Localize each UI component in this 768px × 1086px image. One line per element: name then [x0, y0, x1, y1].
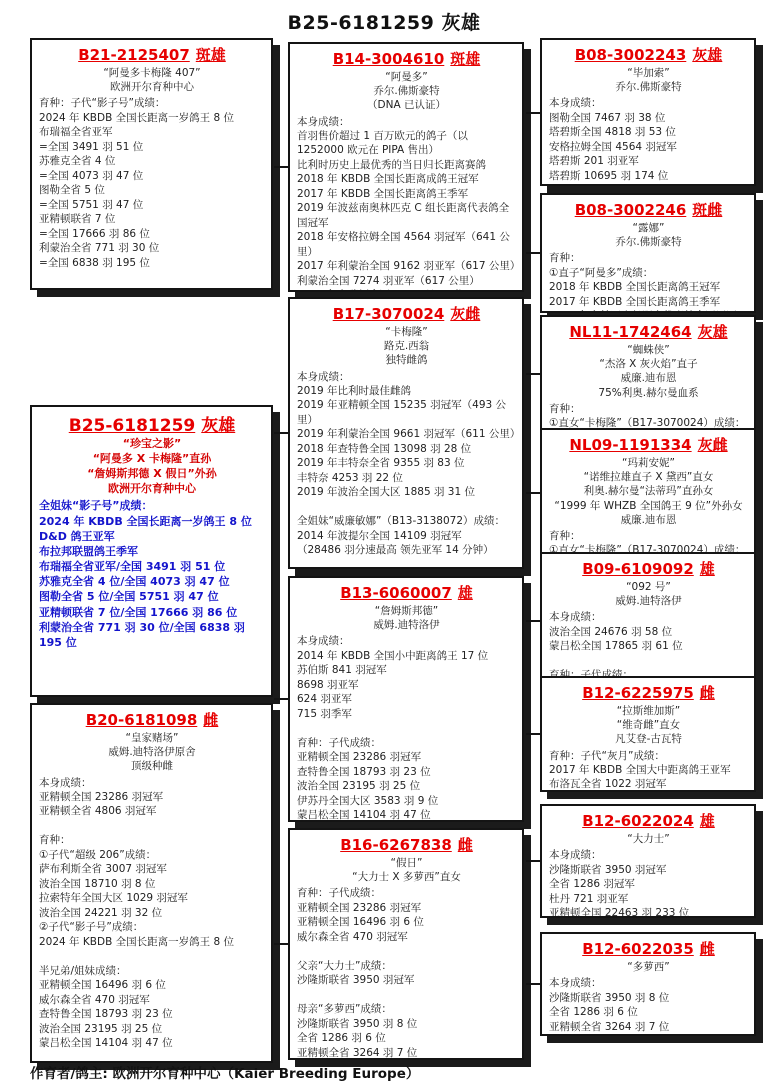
text-line: 亚精顿联省 7 位/全国 17666 羽 86 位 [39, 605, 265, 620]
ring-number-heading: B14-3004610斑雄 [297, 48, 516, 69]
text-line: 715 羽季军 [297, 707, 516, 721]
text-line: 624 羽亚军 [297, 692, 516, 706]
text-line: 2019 年奥林匹克长距离代表鸽全国冠军 [549, 309, 748, 313]
pedigree-box-granddam-maternal: B16-6267838雌 “假日”“大力士 X 多萝西”直女 育种：子代成绩：亚… [288, 828, 524, 1060]
text-line: 亚精顿全省 3264 羽 7 位 [549, 1020, 748, 1034]
pedigree-box-greatgrand-5: B09-6109092雄 “092 号”威姆.迪特洛伊 本身成绩：波治全国 24… [540, 552, 756, 690]
text-line: 本身成绩： [549, 848, 748, 862]
text-line: 塔碧斯 10695 羽 174 位 [549, 169, 748, 183]
pedigree-box-dam: B20-6181098雌 “皇家赌场”威姆.迪特洛伊原舍顶级种雌 本身成绩：亚精… [30, 703, 273, 1063]
text-line: 波治全国 23195 羽 25 位 [39, 1022, 265, 1036]
text-line [39, 949, 265, 963]
text-line: =全国 3491 羽 51 位 [39, 140, 265, 154]
text-line: 蒙吕松全国 14104 羽 47 位 [297, 808, 516, 822]
text-line: 2014 年 KBDB 全国小中距离鸽王 17 位 [297, 649, 516, 663]
text-line: “阿曼多” [297, 70, 516, 84]
text-line: =全国 6838 羽 195 位 [39, 256, 265, 270]
pedigree-box-greatgrand-1: B08-3002243灰雄 “毕加索”乔尔.佛斯豪特 本身成绩：图勒全国 746… [540, 38, 756, 186]
results-lines: 育种：①直子“阿曼多”成绩：2018 年 KBDB 全国长距离鸽王冠军2017 … [549, 251, 748, 313]
pigeon-name-lines: “多萝西” [549, 960, 748, 974]
text-line: =全国 4073 羽 47 位 [39, 169, 265, 183]
results-lines: 本身成绩：沙隆斯联省 3950 羽冠军全省 1286 羽冠军杜丹 721 羽亚军… [549, 848, 748, 918]
ring-number-heading: NL11-1742464灰雄 [549, 321, 748, 342]
text-line: 威尔森全省 470 羽冠军 [297, 930, 516, 944]
text-line: 全省 1286 羽 6 位 [549, 1005, 748, 1019]
text-line: 波治全国 24221 羽 32 位 [39, 906, 265, 920]
ring-number: B09-6109092 [582, 560, 694, 578]
sex-label: 灰雌 [450, 305, 480, 323]
text-line: 蒙吕松全国 17865 羽 61 位 [549, 639, 748, 653]
text-line: 利奥.赫尔曼“法蒂玛”直孙女 [549, 484, 748, 498]
text-line: 亚精顿全省 3264 羽 7 位 [297, 1046, 516, 1060]
text-line: “玛莉安妮” [549, 456, 748, 470]
connector-line [526, 733, 540, 735]
text-line: “杰洛 X 灰火焰”直子 [549, 357, 748, 371]
pigeon-name-lines: “詹姆斯邦德”威姆.迪特洛伊 [297, 604, 516, 632]
pigeon-name-lines: “玛莉安妮”“诺维拉雄直子 X 黛西”直女利奥.赫尔曼“法蒂玛”直孙女“1999… [549, 456, 748, 527]
connector-line [526, 112, 540, 114]
text-line [297, 500, 516, 514]
text-line: 2017 年利蒙治全国 9162 羽亚军（617 公里） [297, 259, 516, 273]
ring-number-heading: B25-6181259灰雄 [39, 411, 265, 436]
text-line [549, 654, 748, 668]
text-line: 比利时历史上最优秀的当日归长距离赛鸽 [297, 158, 516, 172]
results-lines: 本身成绩：亚精顿全国 23286 羽冠军亚精顿全省 4806 羽冠军 育种：①子… [39, 776, 265, 1051]
text-line: 塔碧斯 201 羽亚军 [549, 154, 748, 168]
text-line: 2019 年比利时最佳雌鸽 [297, 384, 516, 398]
ring-number-heading: B12-6022035雌 [549, 938, 748, 959]
connector-line [274, 698, 288, 700]
text-line: 威廉.迪布恩 [549, 513, 748, 527]
text-line: 利蒙治全国 7274 羽亚军（617 公里） [297, 274, 516, 288]
text-line: 图勒全省 5 位 [39, 183, 265, 197]
text-line: “092 号” [549, 580, 748, 594]
text-line: 本身成绩： [549, 96, 748, 110]
text-line: 育种： [39, 833, 265, 847]
text-line: “1999 年 WHZB 全国鸽王 9 位”外孙女 [549, 499, 748, 513]
results-lines: 育种：子代成绩：亚精顿全国 23286 羽冠军亚精顿全国 16496 羽 6 位… [297, 886, 516, 1060]
pedigree-box-sire: B21-2125407斑雄 “阿曼多卡梅隆 407”欧洲开尔育种中心 育种：子代… [30, 38, 273, 290]
text-line: 波治全国 18710 羽 8 位 [39, 877, 265, 891]
results-lines: 本身成绩：沙隆斯联省 3950 羽 8 位全省 1286 羽 6 位亚精顿全省 … [549, 976, 748, 1036]
text-line: 乔尔.佛斯豪特 [297, 84, 516, 98]
sex-label: 雄 [458, 584, 473, 602]
text-line: 独特雌鸽 [297, 353, 516, 367]
pedigree-box-grandsire-maternal: B13-6060007雄 “詹姆斯邦德”威姆.迪特洛伊 本身成绩：2014 年 … [288, 576, 524, 822]
text-line: 2024 年 KBDB 全国长距离一岁鸽王 8 位 [39, 935, 265, 949]
ring-number: B25-6181259 [69, 416, 195, 436]
pedigree-box-greatgrand-8: B12-6022035雌 “多萝西” 本身成绩：沙隆斯联省 3950 羽 8 位… [540, 932, 756, 1036]
text-line: 凡艾登-古瓦特 [549, 732, 748, 746]
text-line: 本身成绩： [297, 370, 516, 384]
ring-number-heading: B13-6060007雄 [297, 582, 516, 603]
text-line: 乔尔.佛斯豪特 [549, 235, 748, 249]
text-line: 顶级种雌 [39, 759, 265, 773]
results-lines: 育种：子代“影子号”成绩：2024 年 KBDB 全国长距离一岁鸽王 8 位布瑞… [39, 96, 265, 270]
results-lines: 本身成绩：2014 年 KBDB 全国小中距离鸽王 17 位苏伯斯 841 羽冠… [297, 634, 516, 822]
pedigree-box-greatgrand-7: B12-6022024雄 “大力士” 本身成绩：沙隆斯联省 3950 羽冠军全省… [540, 804, 756, 918]
text-line: 2018 年查特鲁全国 13098 羽 28 位 [297, 442, 516, 456]
ring-number-heading: B12-6022024雄 [549, 810, 748, 831]
text-line: 伊苏丹全国大区 3583 羽 9 位 [297, 794, 516, 808]
text-line: 拉索特年全国大区 1029 羽冠军 [39, 891, 265, 905]
text-line: 2018 年安格拉姆全国 4564 羽冠军（641 公里） [297, 230, 516, 259]
ring-number: B17-3070024 [333, 305, 445, 323]
ring-number: B12-6225975 [582, 684, 694, 702]
sex-label: 斑雌 [692, 201, 722, 219]
text-line: ①直子“阿曼多”成绩： [549, 266, 748, 280]
ring-number: B08-3002243 [575, 46, 687, 64]
text-line: 查特鲁全国 18793 羽 23 位 [297, 765, 516, 779]
text-line: 父亲“大力士”成绩： [297, 959, 516, 973]
sex-label: 灰雄 [698, 323, 728, 341]
pedigree-box-greatgrand-4: NL09-1191334灰雌 “玛莉安妮”“诺维拉雄直子 X 黛西”直女利奥.赫… [540, 428, 756, 558]
text-line: 路克.西翁 [297, 339, 516, 353]
sex-label: 雄 [700, 812, 715, 830]
pigeon-name-lines: “毕加索”乔尔.佛斯豪特 [549, 66, 748, 94]
text-line [39, 819, 265, 833]
sex-label: 灰雄 [201, 416, 235, 436]
pigeon-name-lines: “大力士” [549, 832, 748, 846]
text-line: D&D 鸽王亚军 [39, 529, 265, 544]
results-lines: 育种：子代“灰月”成绩：2017 年 KBDB 全国大中距离鸽王亚军布洛瓦全省 … [549, 749, 748, 792]
pigeon-name-lines: “拉斯维加斯”“维奇雌”直女凡艾登-古瓦特 [549, 704, 748, 747]
text-line: 沙隆斯联省 3950 羽冠军 [549, 863, 748, 877]
text-line: “詹姆斯邦德 X 假日”外孙 [39, 467, 265, 482]
text-line: =全国 5751 羽 47 位 [39, 198, 265, 212]
text-line: 苏伯斯 841 羽冠军 [297, 663, 516, 677]
text-line: “皇家赌场” [39, 731, 265, 745]
pigeon-name-lines: “蜘蛛侠”“杰洛 X 灰火焰”直子威廉.迪布恩75%利奥.赫尔曼血系 [549, 343, 748, 400]
ring-number: NL09-1191334 [569, 436, 691, 454]
text-line: “阿曼多卡梅隆 407” [39, 66, 265, 80]
text-line: 75%利奥.赫尔曼血系 [549, 386, 748, 400]
results-lines: 全姐妹“影子号”成绩：2024 年 KBDB 全国长距离一岁鸽王 8 位D&D … [39, 498, 265, 650]
ring-number-heading: B08-3002246斑雌 [549, 199, 748, 220]
text-line: （28486 羽分速最高 领先亚军 14 分钟） [297, 543, 516, 557]
text-line: 育种： [549, 402, 748, 416]
ring-number-heading: B20-6181098雌 [39, 709, 265, 730]
ring-number: B13-6060007 [340, 584, 452, 602]
ring-number-heading: B12-6225975雌 [549, 682, 748, 703]
results-lines: 本身成绩：图勒全国 7467 羽 38 位塔碧斯全国 4818 羽 53 位安格… [549, 96, 748, 183]
text-line: 布瑞福全省亚军/全国 3491 羽 51 位 [39, 559, 265, 574]
text-line: 亚精顿全国 23286 羽冠军 [39, 790, 265, 804]
text-line: 育种： [549, 251, 748, 265]
ring-number-heading: B17-3070024灰雌 [297, 303, 516, 324]
text-line: “多萝西” [549, 960, 748, 974]
ring-number-heading: B09-6109092雄 [549, 558, 748, 579]
sex-label: 灰雄 [692, 46, 722, 64]
text-line: 2019 年波兹南奥林匹克 C 组长距离代表鸽全国冠军 [297, 201, 516, 230]
text-line: “诺维拉雄直子 X 黛西”直女 [549, 470, 748, 484]
connector-line [526, 492, 540, 494]
pigeon-name-lines: “露娜”乔尔.佛斯豪特 [549, 221, 748, 249]
text-line: 本身成绩： [549, 610, 748, 624]
results-lines: 本身成绩：2019 年比利时最佳雌鸽2019 年亚精顿全国 15235 羽冠军（… [297, 370, 516, 569]
text-line: 威姆.迪特洛伊 [297, 618, 516, 632]
sex-label: 斑雄 [450, 50, 480, 68]
pigeon-name-lines: “皇家赌场”威姆.迪特洛伊原舍顶级种雌 [39, 731, 265, 774]
connector-line [526, 983, 540, 985]
text-line: 本身成绩： [39, 776, 265, 790]
pigeon-name-lines: “卡梅隆”路克.西翁独特雌鸽 [297, 325, 516, 368]
pedigree-box-greatgrand-2: B08-3002246斑雌 “露娜”乔尔.佛斯豪特 育种：①直子“阿曼多”成绩：… [540, 193, 756, 313]
text-line: 2018 年 KBDB 全国长距离鸽王冠军 [549, 280, 748, 294]
text-line: “蜘蛛侠” [549, 343, 748, 357]
text-line: 布洛瓦全省 1022 羽冠军 [549, 777, 748, 791]
text-line: 2024 年 KBDB 全国长距离一岁鸽王 8 位 [39, 514, 265, 529]
ring-number-heading: B16-6267838雌 [297, 834, 516, 855]
text-line: 2019 年利蒙治全国 9661 羽冠军（611 公里） [297, 427, 516, 441]
pigeon-name-lines: “092 号”威姆.迪特洛伊 [549, 580, 748, 608]
text-line: 本身成绩： [297, 634, 516, 648]
text-line: 布拉邦联盟鸽王季军 [39, 544, 265, 559]
text-line: “大力士 X 多萝西”直女 [297, 870, 516, 884]
text-line: 全省 1286 羽 6 位 [297, 1031, 516, 1045]
ring-number: NL11-1742464 [569, 323, 691, 341]
text-line: 威尔森全省 470 羽冠军 [39, 993, 265, 1007]
text-line: 2017 年布瑞福全国 9132 羽 10 位 [297, 288, 516, 292]
text-line: “卡梅隆” [297, 325, 516, 339]
text-line: 本身成绩： [549, 976, 748, 990]
text-line [297, 988, 516, 1002]
text-line: 威姆.迪特洛伊原舍 [39, 745, 265, 759]
connector-line [274, 432, 288, 434]
text-line: 亚精顿联省 7 位 [39, 212, 265, 226]
text-line: 欧洲开尔育种中心 [39, 80, 265, 94]
text-line: 亚精顿全国 16496 羽 6 位 [39, 978, 265, 992]
pigeon-name-lines: “阿曼多卡梅隆 407”欧洲开尔育种中心 [39, 66, 265, 94]
text-line [297, 721, 516, 735]
sex-label: 斑雄 [196, 46, 226, 64]
text-line: 利蒙治全省 771 羽 30 位 [39, 241, 265, 255]
text-line: 杜丹 721 羽亚军 [549, 892, 748, 906]
pedigree-box-granddam-paternal: B17-3070024灰雌 “卡梅隆”路克.西翁独特雌鸽 本身成绩：2019 年… [288, 297, 524, 569]
sex-label: 雌 [700, 940, 715, 958]
pigeon-name-lines: “假日”“大力士 X 多萝西”直女 [297, 856, 516, 884]
text-line: 2019 年丰特奈全省 9355 羽 83 位 [297, 456, 516, 470]
ring-number: B08-3002246 [575, 201, 687, 219]
text-line: 图勒全省 5 位/全国 5751 羽 47 位 [39, 589, 265, 604]
text-line: 丰特奈 4253 羽 22 位 [297, 471, 516, 485]
text-line: 波治全国 23195 羽 25 位 [297, 779, 516, 793]
text-line: 亚精顿全国 22463 羽 233 位 [549, 906, 748, 918]
ring-number-heading: B21-2125407斑雄 [39, 44, 265, 65]
text-line: 育种：子代“灰月”成绩： [549, 749, 748, 763]
pedigree-box-greatgrand-6: B12-6225975雌 “拉斯维加斯”“维奇雌”直女凡艾登-古瓦特 育种：子代… [540, 676, 756, 792]
text-line: 图勒全国 5976 羽 27 位 [549, 1034, 748, 1036]
sex-label: 雌 [458, 836, 473, 854]
text-line: 欧洲开尔育种中心 [39, 482, 265, 497]
pedigree-box-subject: B25-6181259灰雄 “珍宝之影”“阿曼多 X 卡梅隆”直孙“詹姆斯邦德 … [30, 405, 273, 697]
text-line: “维奇雌”直女 [549, 718, 748, 732]
text-line: 蒙吕松全国 14104 羽 47 位 [39, 1036, 265, 1050]
text-line: 半兄弟/姐妹成绩： [39, 964, 265, 978]
text-line: “假日” [297, 856, 516, 870]
text-line: 亚精顿全省 4806 羽冠军 [39, 804, 265, 818]
pedigree-box-greatgrand-3: NL11-1742464灰雄 “蜘蛛侠”“杰洛 X 灰火焰”直子威廉.迪布恩75… [540, 315, 756, 433]
text-line: 波治全国 24676 羽 58 位 [549, 625, 748, 639]
text-line: ②子代“影子号”成绩： [39, 920, 265, 934]
pigeon-name-lines: “珍宝之影”“阿曼多 X 卡梅隆”直孙“詹姆斯邦德 X 假日”外孙欧洲开尔育种中… [39, 437, 265, 496]
text-line: “毕加索” [549, 66, 748, 80]
ring-number: B14-3004610 [333, 50, 445, 68]
text-line: 塔碧斯全国 4818 羽 53 位 [549, 125, 748, 139]
text-line: ①子代“超级 206”成绩： [39, 848, 265, 862]
text-line: 育种：子代“影子号”成绩： [39, 96, 265, 110]
text-line: 查特鲁全国 18793 羽 23 位 [39, 1007, 265, 1021]
text-line: 2017 年 KBDB 全国大中距离鸽王亚军 [549, 763, 748, 777]
text-line: 沙隆斯联省 3950 羽冠军 [297, 973, 516, 987]
ring-number: B16-6267838 [340, 836, 452, 854]
text-line: 亚精顿全国 23286 羽冠军 [297, 901, 516, 915]
text-line: 全省 1286 羽冠军 [549, 877, 748, 891]
text-line: （DNA 已认证） [297, 98, 516, 112]
text-line [297, 944, 516, 958]
results-lines: 本身成绩：首羽售价超过 1 百万欧元的鸽子（以 1252000 欧元在 PIPA… [297, 115, 516, 292]
text-line: 2019 年波治全国大区 1885 羽 31 位 [297, 485, 516, 499]
text-line: 2014 年波提尔全国 14109 羽冠军 [297, 529, 516, 543]
text-line: 威姆.迪特洛伊 [549, 594, 748, 608]
pedigree-box-grandsire-paternal: B14-3004610斑雄 “阿曼多”乔尔.佛斯豪特（DNA 已认证） 本身成绩… [288, 42, 524, 292]
text-line: 苏雅克全省 4 位 [39, 154, 265, 168]
breeder-credit: 作育者/鸽主: 欧洲开尔育种中心（Kaier Breeding Europe） [30, 1062, 750, 1082]
text-line: 亚精顿全国 23286 羽冠军 [297, 750, 516, 764]
ring-number: B21-2125407 [78, 46, 190, 64]
text-line: 8698 羽亚军 [297, 678, 516, 692]
text-line: =全国 17666 羽 86 位 [39, 227, 265, 241]
text-line: 母亲“多萝西”成绩： [297, 1002, 516, 1016]
text-line: 本身成绩： [297, 115, 516, 129]
text-line: 2017 年 KBDB 全国长距离鸽王季军 [549, 295, 748, 309]
text-line [297, 558, 516, 569]
text-line: 2024 年 KBDB 全国长距离一岁鸽王 8 位 [39, 111, 265, 125]
connector-line [274, 943, 288, 945]
text-line: 沙隆斯联省 3950 羽 8 位 [297, 1017, 516, 1031]
text-line: 安格拉姆全国 4564 羽冠军 [549, 140, 748, 154]
ring-number-heading: NL09-1191334灰雌 [549, 434, 748, 455]
text-line: 亚精顿全国 16496 羽 6 位 [297, 915, 516, 929]
text-line: 乔尔.佛斯豪特 [549, 80, 748, 94]
page-title: B25-6181259 灰雄 [0, 8, 768, 35]
sex-label: 雄 [700, 560, 715, 578]
text-line: “大力士” [549, 832, 748, 846]
text-line: 全姐妹“影子号”成绩： [39, 498, 265, 513]
text-line: 利蒙治全省 771 羽 30 位/全国 6838 羽 195 位 [39, 620, 265, 650]
connector-line [274, 166, 288, 168]
text-line: 萨布利斯全省 3007 羽冠军 [39, 862, 265, 876]
text-line: “珍宝之影” [39, 437, 265, 452]
text-line: 育种：子代成绩： [297, 886, 516, 900]
text-line: “拉斯维加斯” [549, 704, 748, 718]
text-line: 苏雅克全省 4 位/全国 4073 羽 47 位 [39, 574, 265, 589]
connector-line [526, 373, 540, 375]
text-line: 威廉.迪布恩 [549, 371, 748, 385]
text-line: “露娜” [549, 221, 748, 235]
text-line: 全姐妹“威廉敏娜”（B13-3138072）成绩： [297, 514, 516, 528]
connector-line [526, 620, 540, 622]
ring-number: B12-6022024 [582, 812, 694, 830]
text-line: 育种： [549, 529, 748, 543]
connector-line [526, 252, 540, 254]
text-line: 2018 年 KBDB 全国长距离成鸽王冠军 [297, 172, 516, 186]
text-line: 布瑞福全省亚军 [39, 125, 265, 139]
text-line: 2017 年 KBDB 全国长距离鸽王季军 [297, 187, 516, 201]
pigeon-name-lines: “阿曼多”乔尔.佛斯豪特（DNA 已认证） [297, 70, 516, 113]
text-line: 育种：子代成绩： [297, 736, 516, 750]
text-line: “阿曼多 X 卡梅隆”直孙 [39, 452, 265, 467]
text-line: “詹姆斯邦德” [297, 604, 516, 618]
sex-label: 灰雌 [698, 436, 728, 454]
text-line: 图勒全国 7467 羽 38 位 [549, 111, 748, 125]
sex-label: 雌 [700, 684, 715, 702]
text-line: 沙隆斯联省 3950 羽 8 位 [549, 991, 748, 1005]
ring-number-heading: B08-3002243灰雄 [549, 44, 748, 65]
ring-number: B12-6022035 [582, 940, 694, 958]
text-line: 2019 年亚精顿全国 15235 羽冠军（493 公里） [297, 398, 516, 427]
ring-number: B20-6181098 [86, 711, 198, 729]
connector-line [526, 860, 540, 862]
text-line: 首羽售价超过 1 百万欧元的鸽子（以 1252000 欧元在 PIPA 售出） [297, 129, 516, 158]
sex-label: 雌 [203, 711, 218, 729]
